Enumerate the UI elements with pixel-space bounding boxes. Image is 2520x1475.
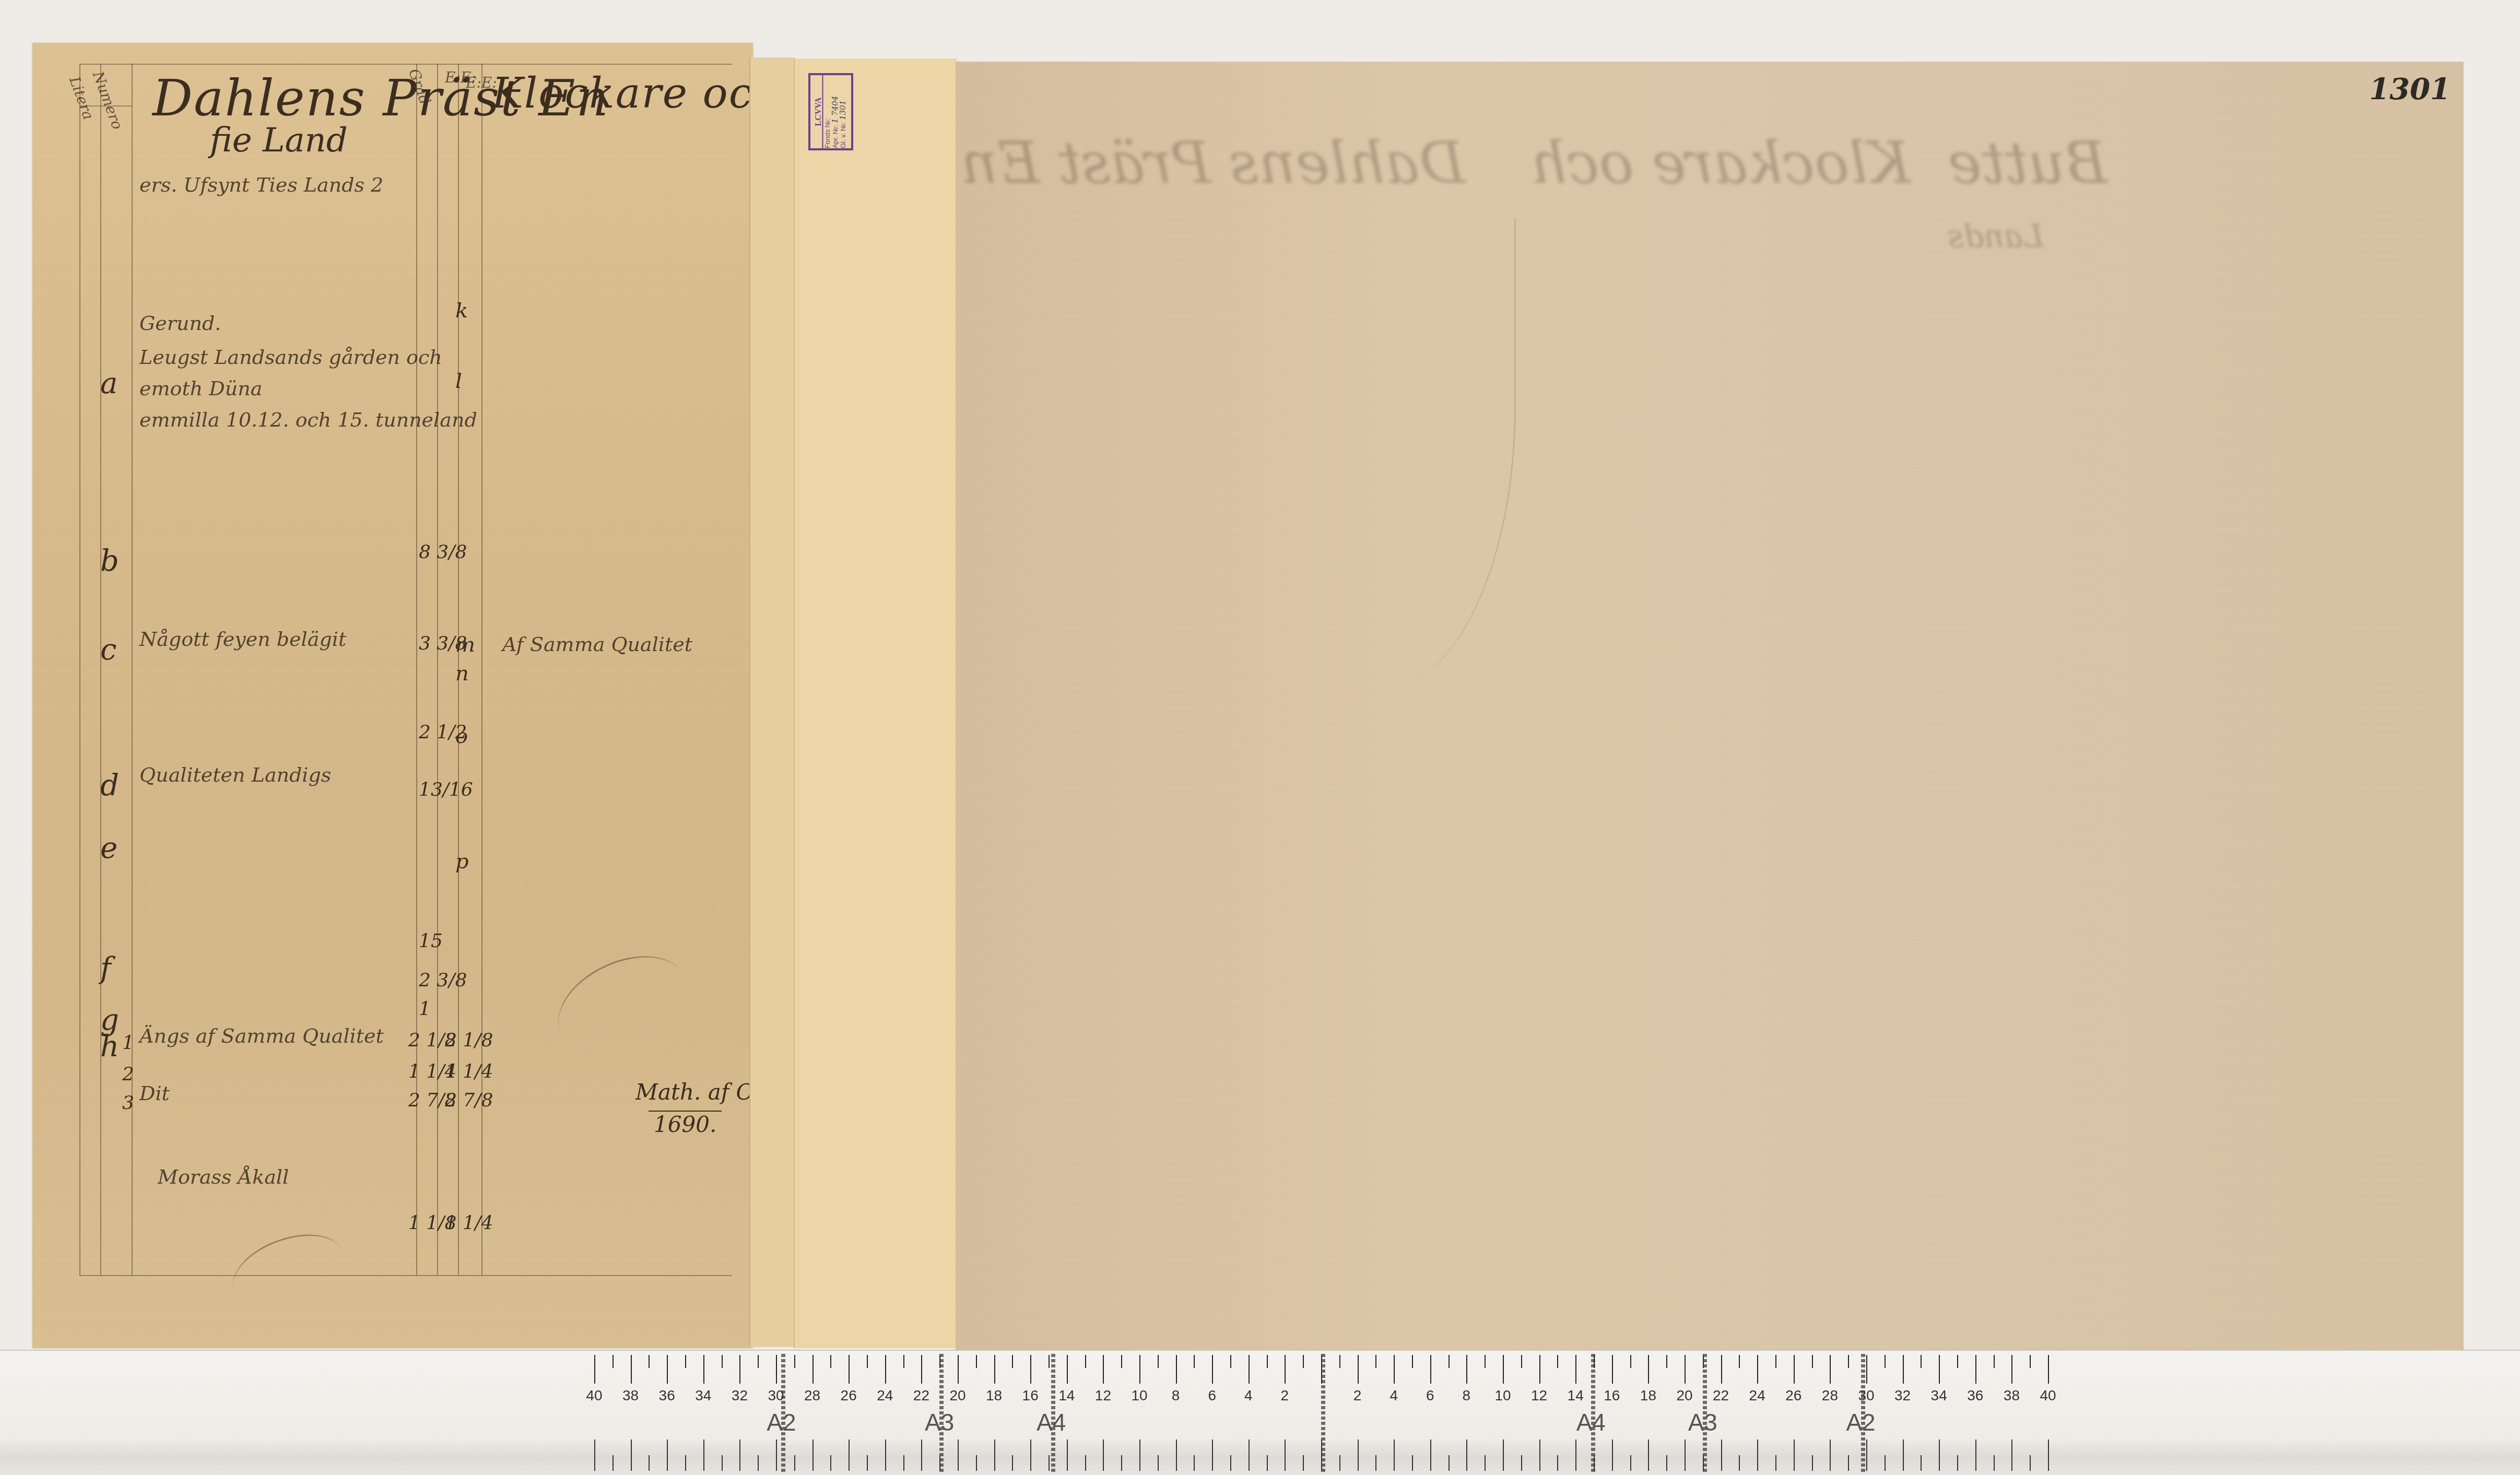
ruler-tick (1466, 1355, 1467, 1384)
ruler-tick-bottom (1757, 1439, 1758, 1471)
manuscript-left-page: Litera Numero Grad E:E: E:E: Dahlens Prä… (32, 43, 753, 1348)
ruler-tick (776, 1355, 777, 1384)
ruler-tick (1630, 1355, 1631, 1368)
ruler-tick (1866, 1355, 1867, 1384)
ruler-tick (903, 1355, 904, 1368)
ruler-tick-bottom (1721, 1439, 1722, 1471)
ruler-tick (1121, 1355, 1122, 1368)
ruler-tick-bottom (994, 1439, 995, 1471)
ruler-tick (722, 1355, 723, 1368)
ruler-tick (1521, 1355, 1522, 1368)
ruler-tick-bottom (685, 1455, 686, 1471)
ruler-tick (1975, 1355, 1976, 1384)
ruler-tick-bottom (849, 1439, 850, 1471)
ruler-tick-bottom (1139, 1439, 1140, 1471)
paper-size-label: A2 (767, 1408, 796, 1436)
ruler-tick-bottom (1285, 1439, 1286, 1471)
ruler-tick (1485, 1355, 1486, 1368)
row-letter-k: k (455, 299, 468, 323)
ruler-label: 28 (1822, 1387, 1838, 1404)
ruler-label: 10 (1131, 1387, 1147, 1404)
value-cell: 1 (419, 998, 431, 1020)
ruler-label: 36 (659, 1387, 675, 1404)
ruler-tick (1812, 1355, 1813, 1368)
ruler-tick (703, 1355, 704, 1384)
ruler-label: 34 (1931, 1387, 1947, 1404)
ruler-tick (1539, 1355, 1540, 1384)
value-cell: 2 1/2 (419, 722, 467, 743)
ruler-tick (1303, 1355, 1304, 1368)
ledger-line: ers. Ufsynt Ties Lands 2 (139, 173, 383, 196)
ruler-tick (2048, 1355, 2049, 1384)
ruler-label: 14 (1058, 1387, 1075, 1404)
ruler-tick-bottom (1994, 1455, 1995, 1471)
ruler-tick (1994, 1355, 1995, 1368)
value-cell: 2 3/8 (419, 970, 467, 991)
ruler-tick-bottom (1503, 1439, 1504, 1471)
ruler-tick-bottom (594, 1439, 595, 1471)
ruler-tick (1158, 1355, 1159, 1368)
sub-number: 1 (122, 1032, 134, 1054)
ruler-tick-bottom (1794, 1439, 1795, 1471)
ruler-tick-bottom (613, 1455, 614, 1471)
ruler-tick (1757, 1355, 1758, 1384)
ruler-tick (1921, 1355, 1922, 1368)
ruler-tick-bottom (1339, 1455, 1340, 1471)
row-letter-n: n (455, 662, 469, 686)
ruler-tick-bottom (1103, 1439, 1104, 1471)
ruler-tick (1830, 1355, 1831, 1384)
ruler-tick (2011, 1355, 2012, 1384)
ruler-tick (2030, 1355, 2031, 1368)
ruler-tick-bottom (667, 1439, 668, 1471)
ruler-tick-bottom (2048, 1439, 2049, 1471)
binding-strip (749, 57, 795, 1347)
guard-strip (794, 58, 957, 1348)
ruler-tick-bottom (1612, 1439, 1613, 1471)
archive-stamp: LCVVA Fonds №: Apr. №: 1 7404 Gl. v. №: … (808, 73, 853, 150)
value-cell-2: 2 1/8 (445, 1030, 493, 1051)
column-header-numero: Numero (89, 69, 126, 132)
ruler-tick-bottom (722, 1455, 723, 1471)
ledger-line: Någott feyen belägit (139, 628, 346, 651)
ruler-tick (1176, 1355, 1177, 1384)
row-letter-d: d (100, 769, 119, 803)
ruler-tick-bottom (1685, 1439, 1686, 1471)
ledger-line: Leugst Landsands gården och (139, 346, 442, 369)
ruler-tick-bottom (1358, 1439, 1359, 1471)
ruler-label: 12 (1095, 1387, 1111, 1404)
paper-size-label: A4 (1037, 1408, 1066, 1436)
ruler-tick-bottom (1812, 1455, 1813, 1471)
ruler-label: 22 (913, 1387, 929, 1404)
ruler-tick (1903, 1355, 1904, 1384)
ruler-tick-bottom (1648, 1439, 1649, 1471)
ruler-tick (1394, 1355, 1395, 1384)
ruler-tick-bottom (1575, 1439, 1576, 1471)
ruler-tick (1339, 1355, 1340, 1368)
ledger-line: Ängs af Samma Qualitet (139, 1024, 384, 1047)
ledger-line: Af Samma Qualitet (502, 633, 692, 656)
ruler-label: 40 (586, 1387, 602, 1404)
ruler-tick-bottom (1375, 1455, 1376, 1471)
row-letter-b: b (100, 544, 119, 578)
ruler-tick (1648, 1355, 1649, 1384)
paper-size-label: A2 (1846, 1408, 1875, 1436)
ruler-tick (1049, 1355, 1050, 1368)
ruler-tick (1666, 1355, 1667, 1368)
ruler-tick (994, 1355, 995, 1384)
ruler-tick (812, 1355, 814, 1384)
ruler-label: 2 (1353, 1387, 1362, 1404)
ruler-label: 8 (1463, 1387, 1471, 1404)
ruler-tick-bottom (1739, 1455, 1740, 1471)
ruler-tick-bottom (631, 1439, 632, 1471)
ruler-tick-bottom (1030, 1439, 1031, 1471)
ruler-tick-bottom (1230, 1455, 1231, 1471)
ruler-tick-bottom (1521, 1455, 1522, 1471)
ruler-tick-bottom (1885, 1455, 1886, 1471)
ruler-tick-bottom (1957, 1455, 1958, 1471)
ruler-label: 6 (1426, 1387, 1434, 1404)
ruler-tick-bottom (1394, 1439, 1395, 1471)
ruler-label: 22 (1713, 1387, 1729, 1404)
ruler-tick (1739, 1355, 1740, 1368)
value-cell-2: 2 7/8 (445, 1090, 493, 1111)
ruler-label: 20 (949, 1387, 965, 1404)
ruler-tick-bottom (1303, 1455, 1304, 1471)
ruler-tick (885, 1355, 886, 1384)
ruler-label: 18 (986, 1387, 1002, 1404)
ruler-tick-bottom (1975, 1439, 1976, 1471)
value-cell-2: 1 1/4 (445, 1212, 493, 1234)
row-letter-a: a (100, 367, 117, 400)
ledger-line: emoth Düna (139, 377, 262, 400)
ruler-tick-bottom (1449, 1455, 1450, 1471)
value-cell: 13/16 (419, 779, 473, 800)
signature-date: 1690. (649, 1111, 722, 1137)
ruler-tick (1939, 1355, 1940, 1384)
ledger-line: Morass Åkall (158, 1165, 289, 1188)
ruler-center-mark (1321, 1354, 1325, 1474)
ruler-label: 34 (695, 1387, 711, 1404)
ruler-tick (1449, 1355, 1450, 1368)
ruler-tick-bottom (1012, 1455, 1013, 1471)
ruler-label: 4 (1389, 1387, 1398, 1404)
ruler-tick-bottom (703, 1439, 704, 1471)
ruler-tick-bottom (1485, 1455, 1486, 1471)
ruler-tick-bottom (1121, 1455, 1122, 1471)
ruler-tick (976, 1355, 977, 1368)
ruler-tick (1230, 1355, 1231, 1368)
value-cell-2: 1 1/4 (445, 1061, 493, 1082)
ruler-label: 26 (1785, 1387, 1801, 1404)
sub-number: 2 (122, 1064, 134, 1085)
ruler-tick-bottom (758, 1455, 759, 1471)
ruler-tick-bottom (1539, 1439, 1540, 1471)
ruler-tick-bottom (1830, 1439, 1831, 1471)
ruler-tick-bottom (1866, 1439, 1867, 1471)
ruler-tick-bottom (958, 1439, 959, 1471)
ruler-tick-bottom (830, 1455, 831, 1471)
ruler-tick-bottom (1775, 1455, 1776, 1471)
ruler-tick (1285, 1355, 1286, 1384)
ruler-label: 2 (1281, 1387, 1289, 1404)
ruler-tick (1085, 1355, 1086, 1368)
ruler-tick-bottom (1176, 1439, 1177, 1471)
ruler-tick-bottom (885, 1439, 886, 1471)
ruler-tick-bottom (739, 1439, 740, 1471)
ruler-tick-bottom (976, 1455, 977, 1471)
ruler-tick (594, 1355, 595, 1384)
manuscript-right-page: Dahlens Präst En Klockare och Butte Land… (956, 62, 2464, 1354)
ruler-tick (1249, 1355, 1250, 1384)
stamp-apr-label: Apr. №: (831, 125, 839, 148)
ruler-tick (685, 1355, 686, 1368)
ruler-label: 40 (2040, 1387, 2056, 1404)
paper-size-label: A3 (925, 1408, 954, 1436)
ruler-tick (1794, 1355, 1795, 1384)
stamp-glv-label: Gl. v. №: (839, 122, 847, 148)
stamp-glv-value: 1301 (838, 100, 847, 120)
ruler-label: 32 (732, 1387, 748, 1404)
ruler-label: 38 (622, 1387, 639, 1404)
ruler-tick (1139, 1355, 1140, 1384)
ruler-tick (921, 1355, 922, 1384)
ruler-tick (1212, 1355, 1213, 1384)
ruler-tick-bottom (1158, 1455, 1159, 1471)
ruler-label: 32 (1894, 1387, 1911, 1404)
ruler-tick (1412, 1355, 1413, 1368)
ruler-tick (1575, 1355, 1576, 1384)
ruler-tick-bottom (867, 1455, 868, 1471)
ruler-label: 26 (841, 1387, 857, 1404)
ruler-tick (667, 1355, 668, 1384)
ruler-tick-bottom (794, 1455, 795, 1471)
ruler-tick-bottom (1212, 1439, 1213, 1471)
ledger-line: emmilla 10.12. och 15. tunneland (139, 408, 477, 431)
ruler-label: 36 (1967, 1387, 1983, 1404)
measuring-ruler: 4038363432302826242220181614121086422468… (0, 1350, 2520, 1475)
ruler-tick (758, 1355, 759, 1368)
ruler-tick-bottom (649, 1455, 650, 1471)
ledger-line: Qualiteten Landigs (139, 763, 331, 786)
ruler-tick-bottom (1267, 1455, 1268, 1471)
ruler-label: 18 (1640, 1387, 1656, 1404)
ruler-tick (867, 1355, 868, 1368)
value-cell: 8 3/8 (419, 541, 467, 563)
ruler-tick (649, 1355, 650, 1368)
ruler-tick-bottom (1194, 1455, 1195, 1471)
stamp-archive-name: LCVVA (815, 75, 823, 148)
ruler-tick-bottom (2030, 1455, 2031, 1471)
row-letter-l: l (455, 369, 462, 393)
row-letter-p: p (455, 849, 469, 874)
ruler-tick-bottom (903, 1455, 904, 1471)
ruler-tick (1194, 1355, 1195, 1368)
ruler-label: 28 (804, 1387, 820, 1404)
ruler-tick (1775, 1355, 1776, 1368)
row-letter-h: h (100, 1030, 119, 1064)
ruler-tick (631, 1355, 632, 1384)
ruler-label: 4 (1244, 1387, 1253, 1404)
ruler-label: 14 (1568, 1387, 1584, 1404)
ruler-tick-bottom (1666, 1455, 1667, 1471)
row-letter-f: f (100, 951, 111, 985)
ruler-tick (1375, 1355, 1376, 1368)
ruler-tick (1358, 1355, 1359, 1384)
ruler-tick-bottom (812, 1439, 814, 1471)
ruler-label: 20 (1676, 1387, 1692, 1404)
value-cell: 15 (419, 930, 443, 952)
ruler-tick-bottom (1466, 1439, 1467, 1471)
ruler-label: 6 (1208, 1387, 1216, 1404)
ruler-tick (1430, 1355, 1431, 1384)
ruler-tick (1030, 1355, 1031, 1384)
ledger-line: Dit (139, 1082, 170, 1105)
paper-size-label: A3 (1688, 1408, 1717, 1436)
ruler-tick (1721, 1355, 1722, 1384)
ruler-tick (613, 1355, 614, 1368)
ruler-label: 16 (1022, 1387, 1039, 1404)
ruler-tick (1557, 1355, 1558, 1368)
ruler-label: 38 (2004, 1387, 2020, 1404)
ruler-label: 24 (1749, 1387, 1765, 1404)
ruler-tick (1067, 1355, 1068, 1384)
page-subtitle: fie Land (210, 121, 348, 160)
row-letter-e: e (100, 831, 117, 865)
ruler-tick-bottom (1630, 1455, 1631, 1471)
sub-number: 3 (122, 1092, 134, 1114)
ruler-label: 10 (1494, 1387, 1511, 1404)
ruler-tick-bottom (921, 1439, 922, 1471)
ruler-tick-bottom (1412, 1455, 1413, 1471)
ruler-label: 24 (877, 1387, 893, 1404)
ruler-tick (849, 1355, 850, 1384)
ruler-tick-bottom (1557, 1455, 1558, 1471)
ruler-label: 16 (1604, 1387, 1620, 1404)
ruler-tick-bottom (1939, 1439, 1940, 1471)
ruler-tick (739, 1355, 740, 1384)
ruler-tick-bottom (1249, 1439, 1250, 1471)
paper-size-label: A4 (1576, 1408, 1606, 1436)
ledger-line: Gerund. (139, 312, 221, 335)
ruler-tick (1848, 1355, 1849, 1368)
ruler-tick (794, 1355, 795, 1368)
ruler-tick (958, 1355, 959, 1384)
ruler-tick (1957, 1355, 1958, 1368)
ruler-tick (1612, 1355, 1613, 1384)
ruler-tick-bottom (1921, 1455, 1922, 1471)
ruler-tick-bottom (776, 1439, 777, 1471)
row-letter-c: c (100, 633, 116, 667)
ruler-tick (1503, 1355, 1504, 1384)
ruler-tick (1103, 1355, 1104, 1384)
ruler-tick (1885, 1355, 1886, 1368)
ruler-tick-bottom (1085, 1455, 1086, 1471)
ruler-tick-bottom (1430, 1439, 1431, 1471)
ruler-tick (1685, 1355, 1686, 1384)
ruler-tick-bottom (1848, 1455, 1849, 1471)
ruler-tick-bottom (1903, 1439, 1904, 1471)
value-cell: 3 3/8 (419, 633, 467, 654)
ruler-tick-bottom (1049, 1455, 1050, 1471)
ruler-tick (830, 1355, 831, 1368)
ruler-tick (1267, 1355, 1268, 1368)
ruler-tick-bottom (1067, 1439, 1068, 1471)
folio-number: 1301 (2369, 72, 2451, 107)
ruler-tick-bottom (2011, 1439, 2012, 1471)
ruler-tick (1012, 1355, 1013, 1368)
ruler-label: 8 (1172, 1387, 1180, 1404)
ruler-label: 12 (1531, 1387, 1547, 1404)
